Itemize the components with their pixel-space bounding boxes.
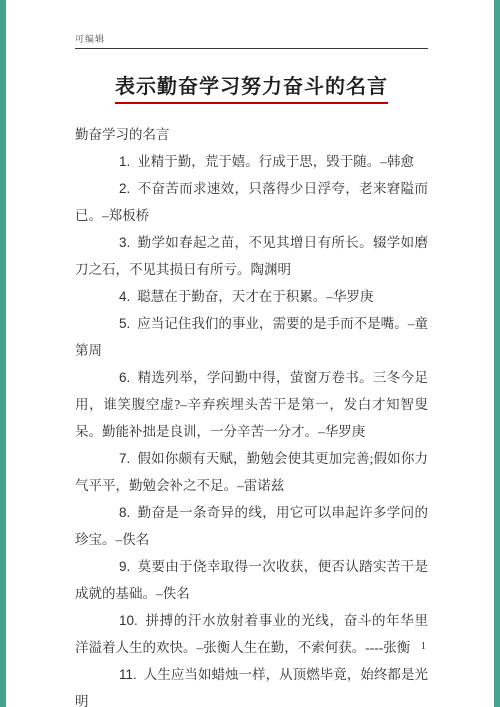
quote-item: 1.业精于勤，荒于嬉。行成于思，毁于随。–韩愈	[75, 148, 428, 175]
quote-number: 9.	[119, 559, 130, 574]
quote-item: 7.假如你颇有天赋，勤勉会使其更加完善;假如你力气平平，勤勉会补之不足。–雷诺兹	[75, 445, 428, 499]
right-border-bar	[494, 0, 500, 707]
quote-number: 4.	[119, 289, 130, 304]
quote-item: 5.应当记住我们的事业，需要的是手而不是嘴。–童第周	[75, 310, 428, 364]
document-body: 可编辑 表示勤奋学习努力奋斗的名言 勤奋学习的名言 1.业精于勤，荒于嬉。行成于…	[75, 0, 428, 707]
quote-item: 8.勤奋是一条奇异的线，用它可以串起许多学问的珍宝。–佚名	[75, 499, 428, 553]
quote-item: 6.精选列举，学问勤中得，萤窗万卷书。三冬今足用，谁笑腹空虚?–辛弃疾埋头苦干是…	[75, 364, 428, 445]
quote-item: 2.不奋苦而求速效，只落得少日浮夸，老来窘隘而已。–郑板桥	[75, 175, 428, 229]
quote-number: 11.	[119, 667, 137, 682]
quote-item: 10.拼搏的汗水放射着事业的光线，奋斗的年华里洋溢着人生的欢快。–张衡人生在勤，…	[75, 607, 428, 661]
header-watermark: 可编辑	[75, 34, 428, 49]
page-number: 1	[421, 641, 426, 652]
quote-text: 聪慧在于勤奋，天才在于积累。–华罗庚	[137, 289, 373, 304]
quote-text: 业精于勤，荒于嬉。行成于思，毁于随。–韩愈	[137, 154, 414, 169]
left-border-bar	[0, 0, 6, 707]
quote-number: 6.	[119, 370, 130, 385]
quote-number: 1.	[119, 154, 130, 169]
section-subtitle: 勤奋学习的名言	[75, 121, 428, 148]
quote-number: 10.	[119, 613, 138, 628]
quote-item: 11.人生应当如蜡烛一样，从顶燃毕竟，始终都是光明	[75, 661, 428, 707]
quote-number: 5.	[119, 316, 130, 331]
quote-item: 3.勤学如春起之苗，不见其增日有所长。辍学如磨刀之石，不见其损日有所亏。陶渊明	[75, 229, 428, 283]
quote-number: 3.	[119, 235, 130, 250]
document-page: 可编辑 表示勤奋学习努力奋斗的名言 勤奋学习的名言 1.业精于勤，荒于嬉。行成于…	[0, 0, 500, 707]
quote-item: 4.聪慧在于勤奋，天才在于积累。–华罗庚	[75, 283, 428, 310]
quote-number: 2.	[119, 181, 130, 196]
quote-item: 9.莫要由于侥幸取得一次收获，便否认踏实苦干是成就的基础。–佚名	[75, 553, 428, 607]
page-title: 表示勤奋学习努力奋斗的名言	[75, 75, 428, 104]
quote-number: 7.	[119, 451, 130, 466]
page-title-text: 表示勤奋学习努力奋斗的名言	[115, 75, 388, 104]
quote-number: 8.	[119, 505, 130, 520]
quotes-content: 勤奋学习的名言 1.业精于勤，荒于嬉。行成于思，毁于随。–韩愈 2.不奋苦而求速…	[75, 121, 428, 707]
